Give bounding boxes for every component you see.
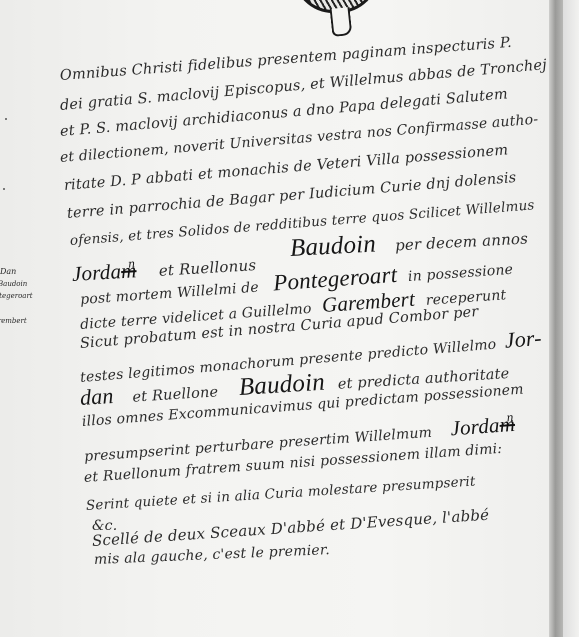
page-edge [563,0,579,637]
name-dan: dan [79,383,114,410]
margin-note-3: Pontegeroart [0,293,33,300]
text-segment: et Ruellone [132,384,219,405]
name-jordan-2: Jorda [450,413,501,440]
correction-letter: n [506,411,514,424]
text-segment: per decem annos [395,230,529,255]
book-gutter-shadow [549,0,563,637]
correction-letter: n [128,257,136,270]
ink-speck [5,118,7,120]
margin-note-2: Baudoin [0,281,27,288]
margin-note-1: Dan [0,268,16,276]
seal-tag-icon [330,7,353,37]
name-baudoin: Baudoin [289,231,376,262]
margin-note-4: Garembert [0,318,27,325]
name-jor: Jor- [504,325,543,353]
manuscript-page: Dan Baudoin Pontegeroart Garembert Omnib… [0,0,549,637]
ink-speck [3,188,5,190]
